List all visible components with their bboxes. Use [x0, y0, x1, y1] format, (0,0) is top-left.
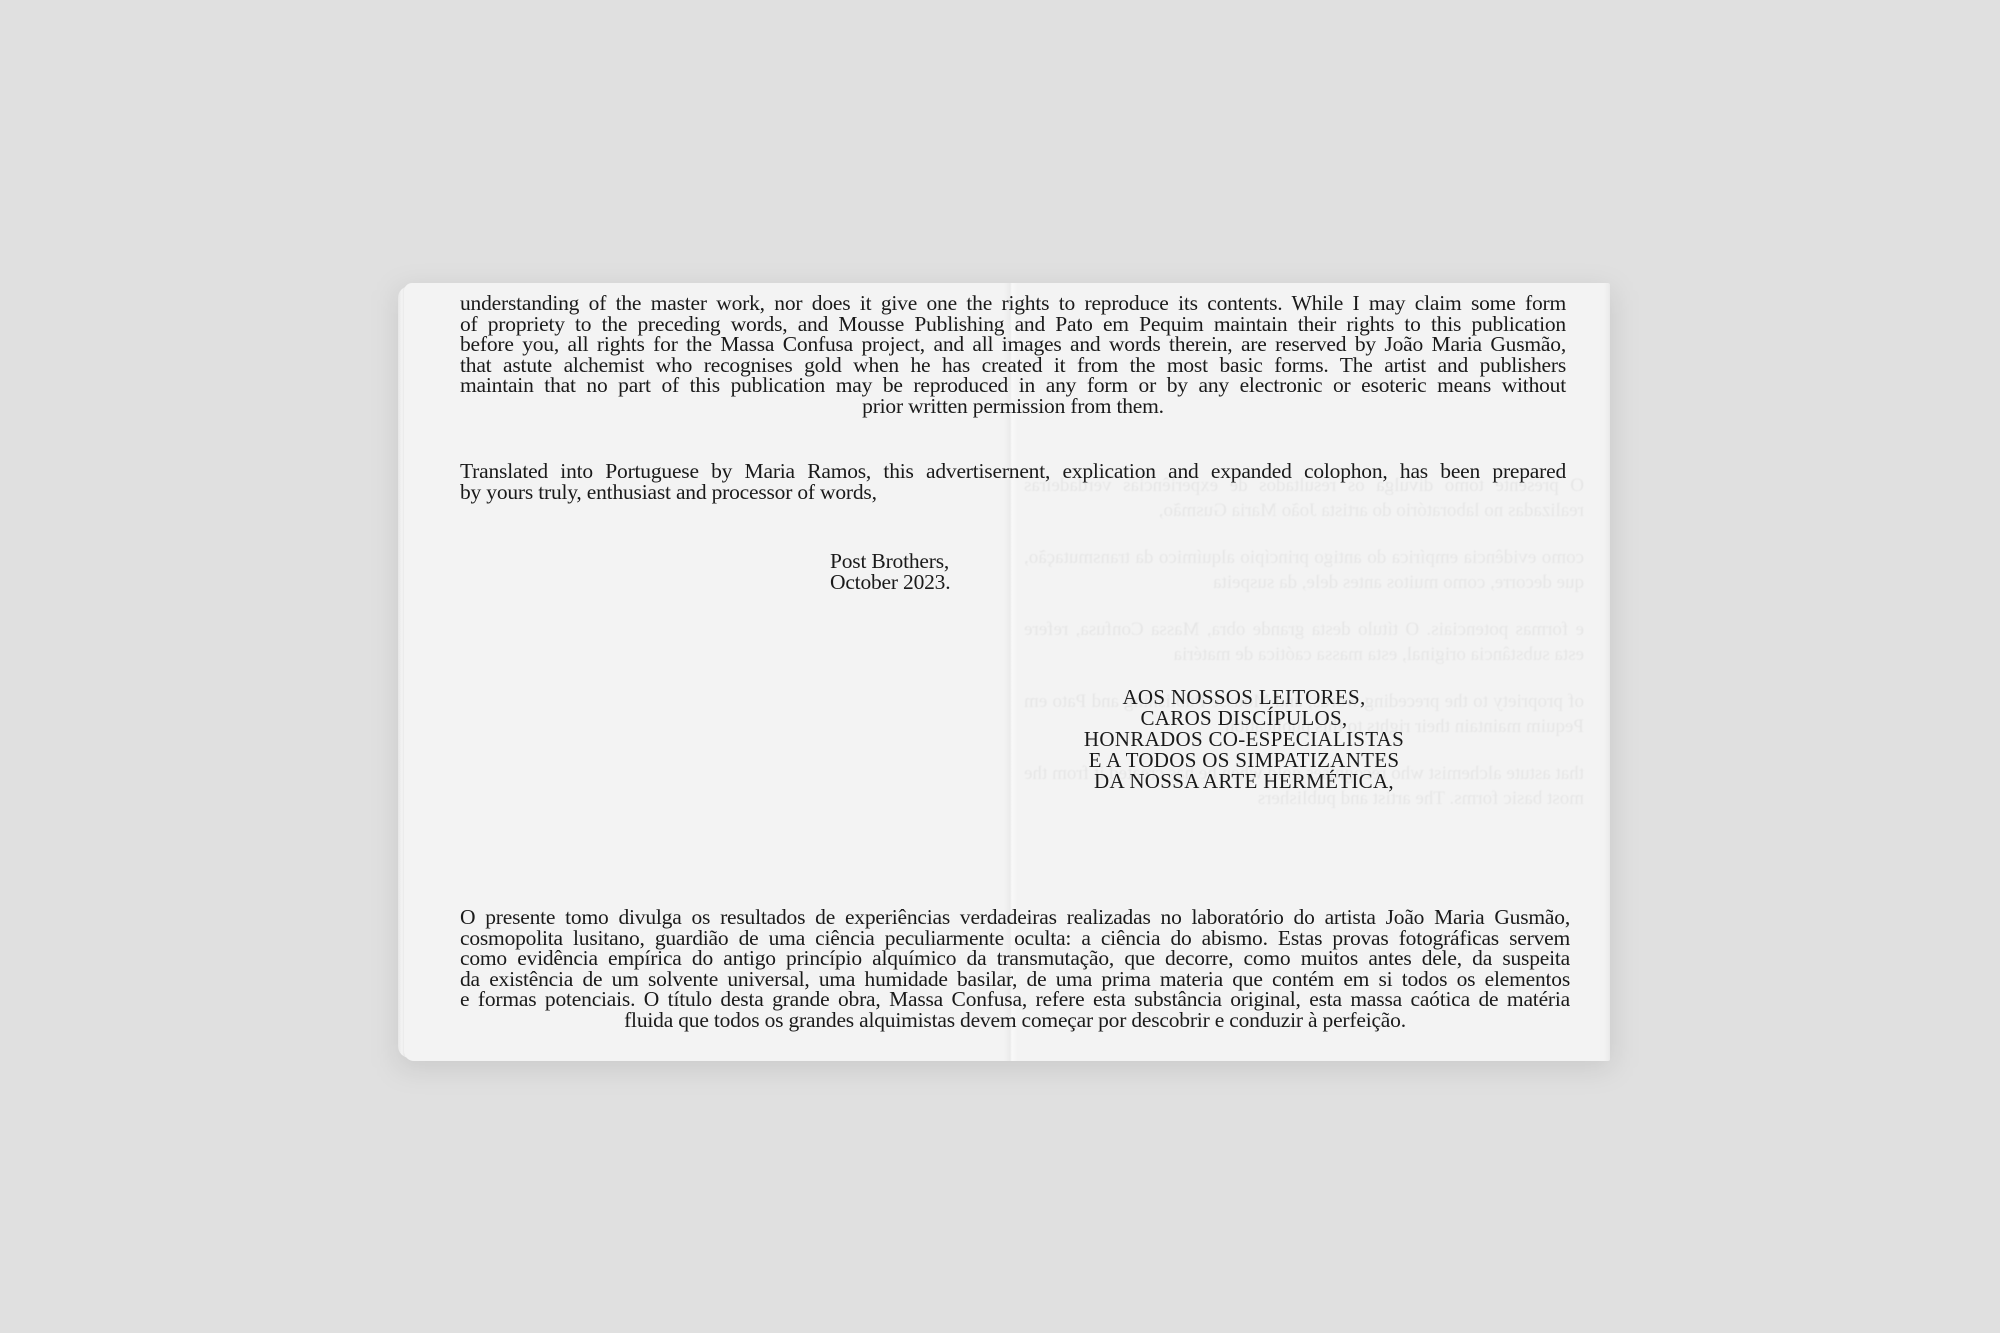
signature-date: October 2023. — [830, 572, 1090, 593]
text-line: maintain that no part of this publicatio… — [460, 375, 1566, 396]
text-line: of propriety to the preceding words, and… — [460, 314, 1566, 335]
translation-paragraph: Translated into Portuguese by Maria Ramo… — [460, 461, 1566, 502]
bleed-through-paragraph: e formas potenciais. O título desta gran… — [1024, 617, 1584, 667]
dedication-line: HONRADOS CO-ESPECIALISTAS — [1044, 729, 1444, 750]
text-line: prior written permission from them. — [460, 396, 1566, 417]
text-line: e formas potenciais. O título desta gran… — [460, 989, 1570, 1010]
intro-paragraph: O presente tomo divulga os resultados de… — [460, 907, 1570, 1031]
dedication-line: CAROS DISCÍPULOS, — [1044, 708, 1444, 729]
dedication-line: E A TODOS OS SIMPATIZANTES — [1044, 750, 1444, 771]
text-line: before you, all rights for the Massa Con… — [460, 334, 1566, 355]
text-line: cosmopolita lusitano, guardião de uma ci… — [460, 928, 1570, 949]
text-line: understanding of the master work, nor do… — [460, 293, 1566, 314]
dedication-line: DA NOSSA ARTE HERMÉTICA, — [1044, 771, 1444, 792]
text-line: fluida que todos os grandes alquimistas … — [460, 1010, 1570, 1031]
dedication-heading: AOS NOSSOS LEITORES, CAROS DISCÍPULOS, H… — [1044, 687, 1444, 792]
text-line: that astute alchemist who recognises gol… — [460, 355, 1566, 376]
signature-name: Post Brothers, — [830, 551, 1090, 572]
text-line: como evidência empírica do antigo princí… — [460, 948, 1570, 969]
open-book-spread: O presente tomo divulga os resultados de… — [404, 283, 1610, 1061]
text-line: by yours truly, enthusiast and processor… — [460, 482, 1566, 503]
copyright-paragraph: understanding of the master work, nor do… — [460, 293, 1566, 417]
text-line: Translated into Portuguese by Maria Ramo… — [460, 461, 1566, 482]
dedication-line: AOS NOSSOS LEITORES, — [1044, 687, 1444, 708]
signature-block: Post Brothers, October 2023. — [830, 551, 1090, 592]
text-line: da existência de um solvente universal, … — [460, 969, 1570, 990]
bleed-through-paragraph: como evidência empírica do antigo princí… — [1024, 545, 1584, 595]
text-line: O presente tomo divulga os resultados de… — [460, 907, 1570, 928]
